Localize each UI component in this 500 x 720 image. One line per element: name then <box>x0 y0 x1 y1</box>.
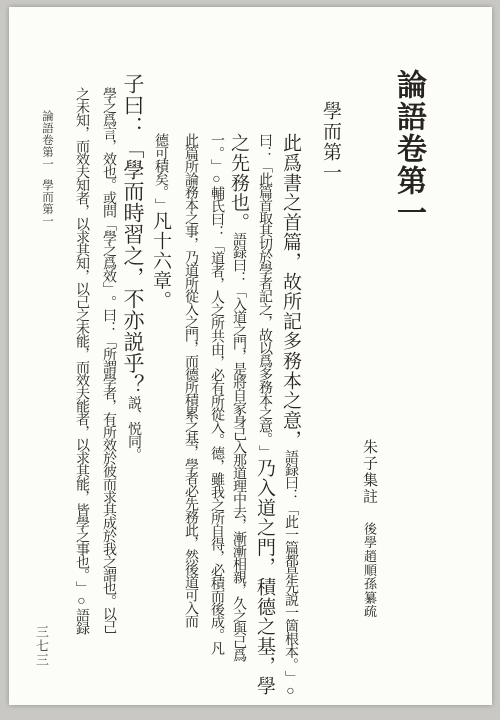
subcommentary-text: 德可積矣。」 <box>153 133 168 211</box>
chapter-heading: 學而第一 <box>304 7 344 705</box>
subcommentary-text: 語録曰：「入道之門，是將自家身己入那道理中去，漸漸相親，久之與己爲 <box>231 232 246 661</box>
canon-text: 子曰：「學而時習之，不亦説乎？ <box>121 73 145 396</box>
passage-commentary-text: 學之爲言，效也。或問「學之爲效」。曰：「所謂學者，有所效於彼而求其成於我之謂也。… <box>101 87 116 633</box>
attribution-column: 朱子集註後學趙順孫纂疏 <box>344 7 380 705</box>
subcommentary-text: 曰：「此篇首取其切於學者記之，故以爲多務本之意。」 <box>257 133 272 458</box>
running-title-volume: 論語卷第一 <box>41 110 53 170</box>
page-number: 三七三 <box>32 625 51 667</box>
subcommentary-text: 此篇所論務本之事，乃道所從入之門，而德所積累之基，學者必先務此，然後道可入而 <box>183 133 198 627</box>
canon-text-column: 子曰：「學而時習之，不亦説乎？説、悦同。 <box>118 7 148 705</box>
page-number-text: 三七三 <box>34 625 49 667</box>
passage-commentary-text: 之未知，而效夫知者，以求其知，以己之未能，而效夫能者，以求其能，皆學之事也。」○… <box>74 87 89 634</box>
text-block: 論語卷第一 朱子集註後學趙順孫纂疏 學而第一 此爲書之首篇，故所記多務本之意，語… <box>64 7 430 705</box>
passage-commentary-column-2: 之未知，而效夫知者，以求其知，以己之未能，而效夫能者，以求其能，皆學之事也。」○… <box>64 7 91 705</box>
zhu-commentary-text: 此爲書之首篇，故所記多務本之意， <box>280 133 301 450</box>
commentary-column-6: 德可積矣。」凡十六章。 <box>148 7 174 705</box>
commentary-column-1: 此爲書之首篇，故所記多務本之意，語録曰：「此一篇都是先説一箇根本。」○胡氏 <box>278 7 304 705</box>
zhu-commentary-text: 之先務也。 <box>228 133 249 232</box>
passage-commentary-column-1: 學之爲言，效也。或問「學之爲效」。曰：「所謂學者，有所效於彼而求其成於我之謂也。… <box>91 7 118 705</box>
running-title-chapter: 學而第一 <box>41 179 53 227</box>
volume-title: 論語卷第一 <box>380 7 430 705</box>
commentary-column-2: 曰：「此篇首取其切於學者記之，故以爲多務本之意。」乃入道之門，積德之基，學者 <box>252 7 278 705</box>
attribution-secondary: 後學趙順孫纂疏 <box>362 522 377 619</box>
volume-title-text: 論語卷第一 <box>392 69 425 229</box>
running-title: 論語卷第一學而第一 <box>39 110 55 227</box>
commentary-column-5: 此篇所論務本之事，乃道所從入之門，而德所積累之基，學者必先務此，然後道可入而 <box>174 7 200 705</box>
zhu-commentary-text: 凡十六章。 <box>150 211 171 310</box>
book-page: 論語卷第一 朱子集註後學趙順孫纂疏 學而第一 此爲書之首篇，故所記多務本之意，語… <box>9 7 492 705</box>
chapter-heading-text: 學而第一 <box>320 101 341 183</box>
pronunciation-note: 説、悦同。 <box>126 396 141 461</box>
commentary-column-4: 一。」○輔氏曰：「道者，人之所共由，必有所從入。德，雖我之所自得，必積而後成。凡 <box>200 7 226 705</box>
commentary-column-3: 之先務也。語録曰：「入道之門，是將自家身己入那道理中去，漸漸相親，久之與己爲 <box>226 7 252 705</box>
attribution-primary: 朱子集註 <box>361 439 377 505</box>
subcommentary-text: 一。」○輔氏曰：「道者，人之所共由，必有所從入。德，雖我之所自得，必積而後成。凡 <box>209 133 224 654</box>
